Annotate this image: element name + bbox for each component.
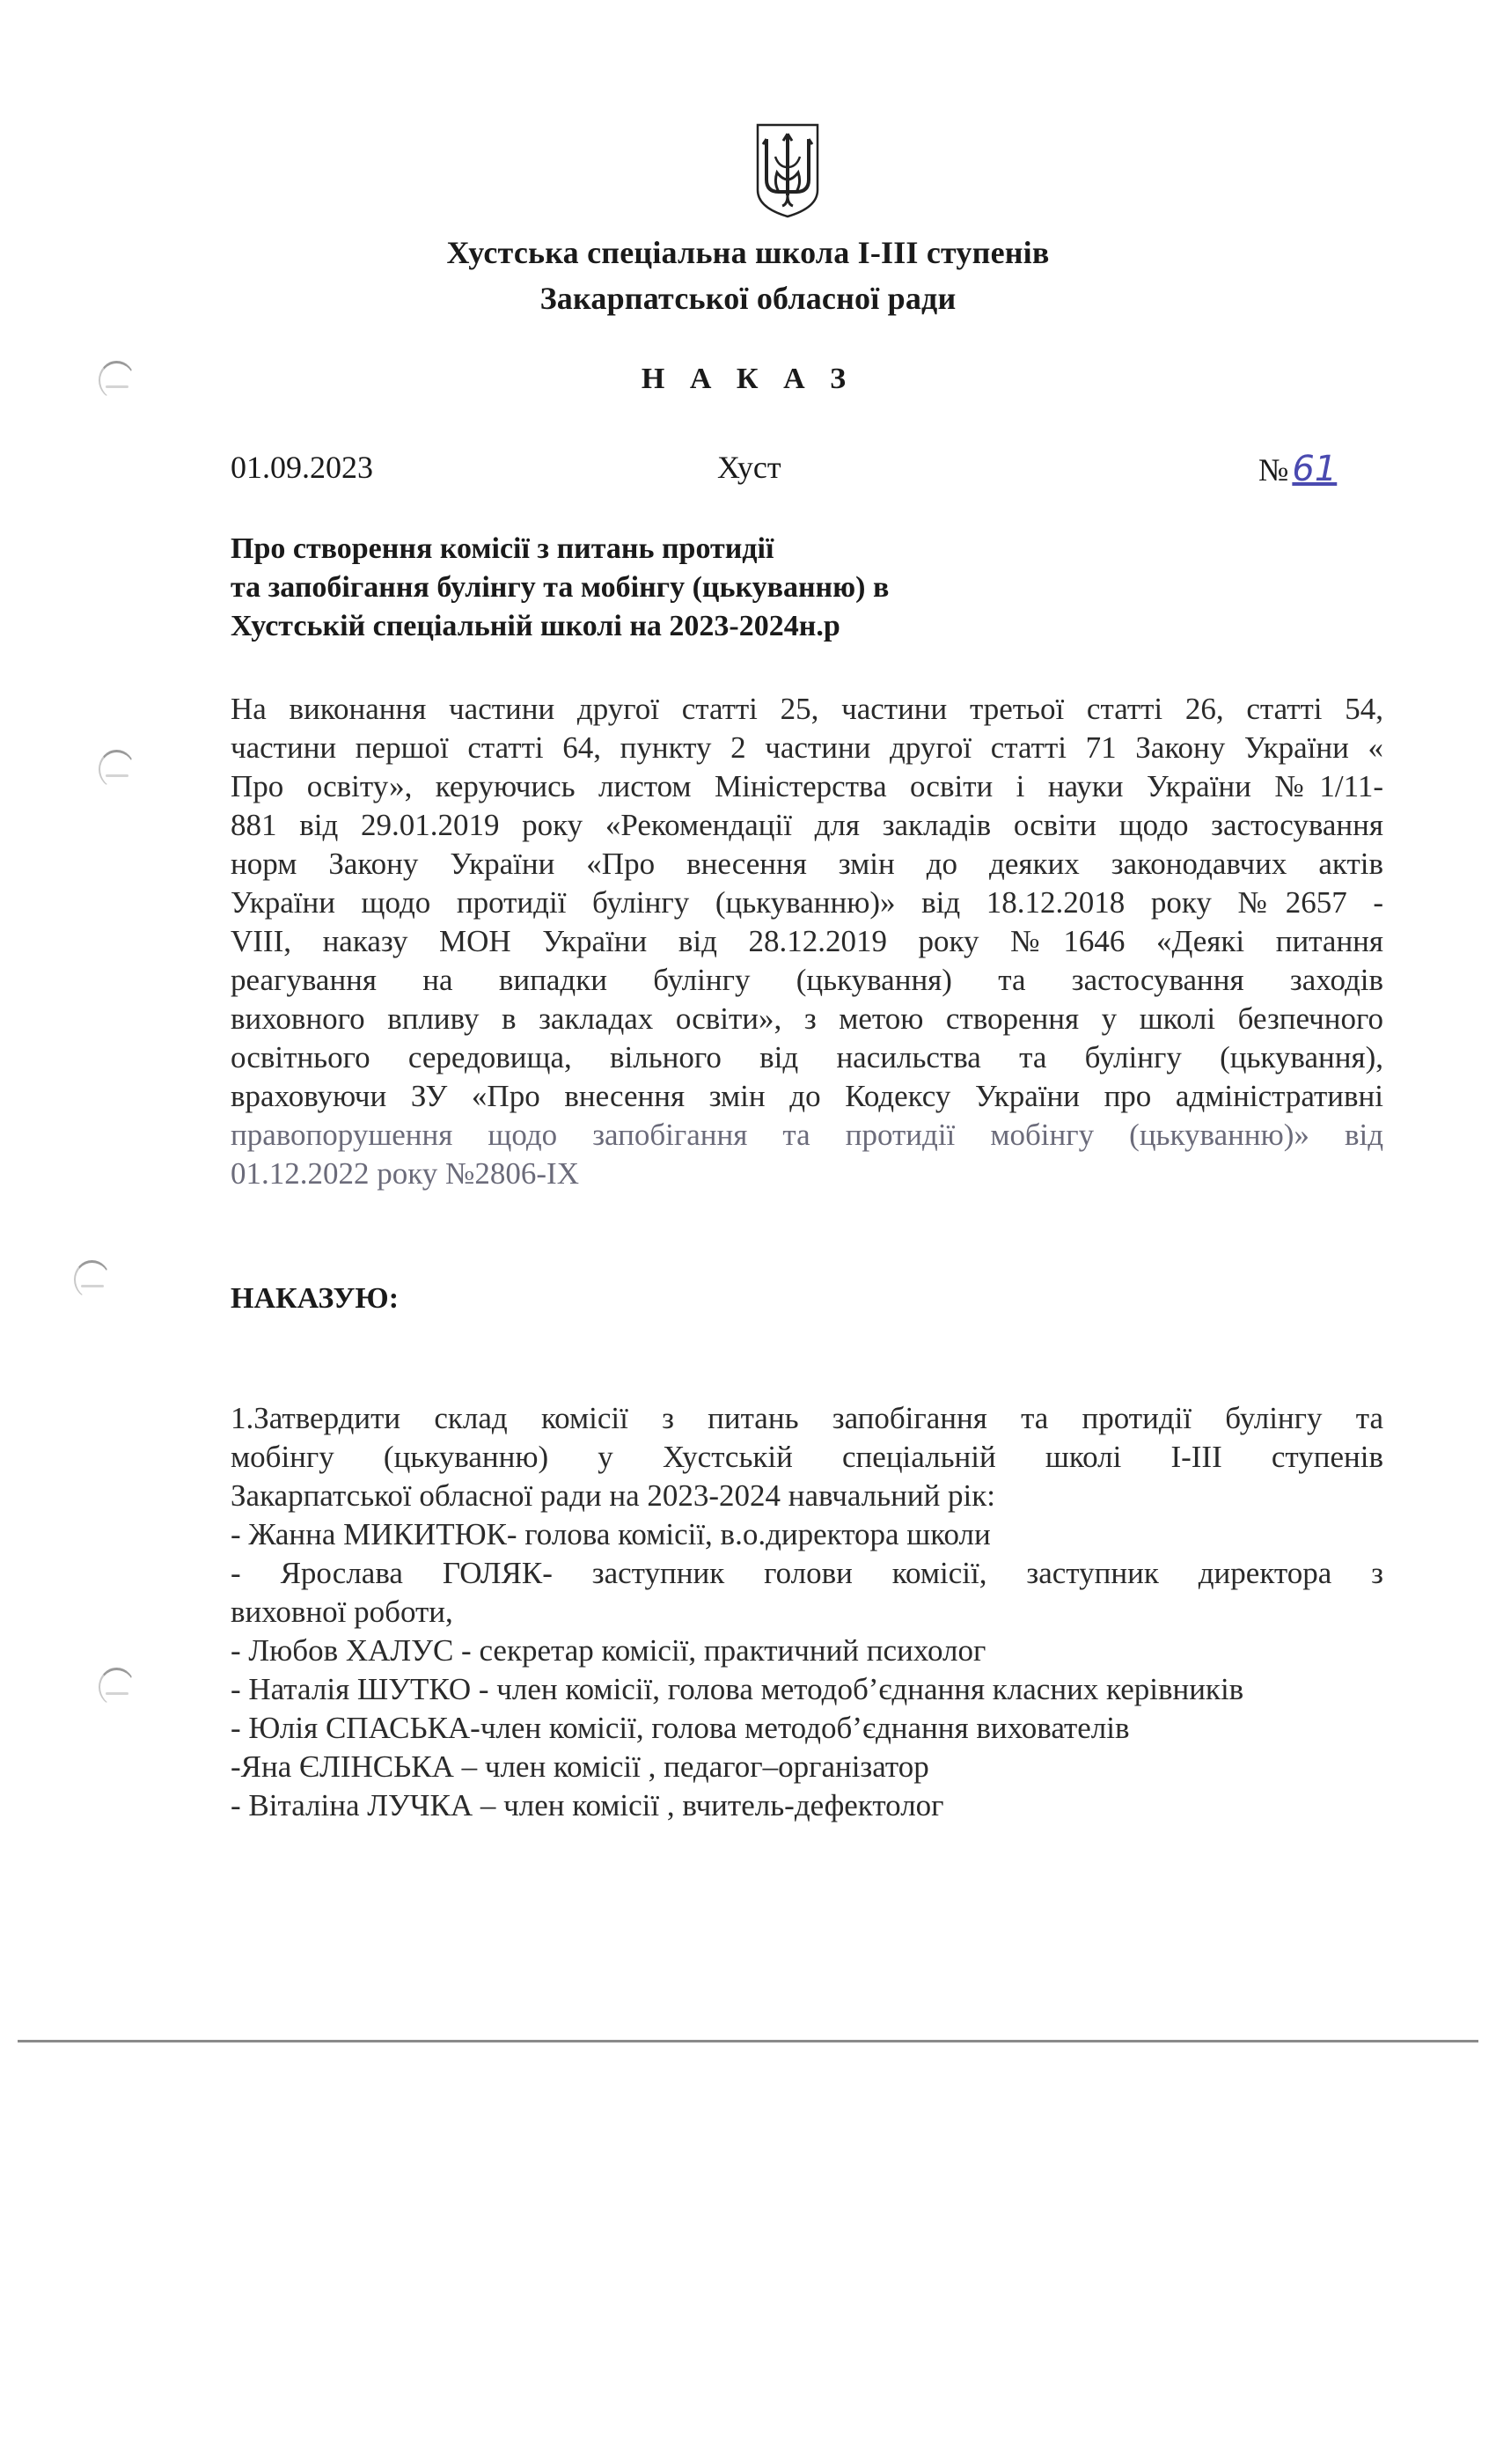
commission-member: - Ярослава ГОЛЯК- заступник голови коміс… <box>231 1554 1383 1593</box>
preamble-line: частини першої статті 64, пункту 2 части… <box>231 729 1383 767</box>
subject-line: та запобігання булінгу та мобінгу (цькув… <box>231 568 889 607</box>
preamble-line: 01.12.2022 року №2806-IX <box>231 1155 1383 1193</box>
preamble-line: враховуючи ЗУ «Про внесення змін до Коде… <box>231 1077 1383 1116</box>
order-date: 01.09.2023 <box>231 449 373 486</box>
punch-hole-mark <box>74 1260 107 1295</box>
preamble-line: Про освіту», керуючись листом Міністерст… <box>231 767 1383 806</box>
preamble-line: України щодо протидії булінгу (цькуванню… <box>231 884 1383 922</box>
order-city: Хуст <box>717 449 781 486</box>
punch-hole-mark <box>99 361 132 396</box>
preamble-line: На виконання частини другої статті 25, ч… <box>231 690 1383 729</box>
order-number: №61 <box>1258 449 1337 489</box>
order-items: 1.Затвердити склад комісії з питань запо… <box>231 1399 1383 1825</box>
preamble-line: VIII, наказу МОН України від 28.12.2019 … <box>231 922 1383 961</box>
organization-name: Хустська спеціальна школа І-ІІІ ступенів <box>0 234 1496 271</box>
commission-member: - Юлія СПАСЬКА-член комісії, голова мето… <box>231 1709 1383 1748</box>
item-line: Закарпатської обласної ради на 2023-2024… <box>231 1477 1383 1515</box>
commission-member: -Яна ЄЛІНСЬКА – член комісії , педагог–о… <box>231 1748 1383 1786</box>
preamble-line: 881 від 29.01.2019 року «Рекомендації дл… <box>231 806 1383 845</box>
order-heading: НАКАЗУЮ: <box>231 1282 399 1316</box>
organization-subtitle: Закарпатської обласної ради <box>0 280 1496 317</box>
item-line: 1.Затвердити склад комісії з питань запо… <box>231 1399 1383 1438</box>
preamble-line: норм Закону України «Про внесення змін д… <box>231 845 1383 884</box>
trident-icon <box>752 121 823 220</box>
number-prefix: № <box>1258 452 1288 488</box>
item-line: мобінгу (цькуванню) у Хустській спеціаль… <box>231 1438 1383 1477</box>
subject-line: Хустській спеціальній школі на 2023-2024… <box>231 607 889 646</box>
scanned-document-page: Хустська спеціальна школа І-ІІІ ступенів… <box>0 0 1496 2464</box>
commission-member: - Віталіна ЛУЧКА – член комісії , вчител… <box>231 1786 1383 1825</box>
handwritten-number: 61 <box>1292 449 1337 489</box>
commission-member: - Наталія ШУТКО - член комісії, голова м… <box>231 1670 1383 1709</box>
document-type-title: Н А К А З <box>0 363 1496 396</box>
commission-member: - Жанна МИКИТЮК- голова комісії, в.о.дир… <box>231 1515 1383 1554</box>
preamble-line: освітнього середовища, вільного від наси… <box>231 1038 1383 1077</box>
preamble-paragraph: На виконання частини другої статті 25, ч… <box>231 690 1383 1193</box>
subject-line: Про створення комісії з питань протидії <box>231 530 889 568</box>
punch-hole-mark <box>99 750 132 785</box>
preamble-line: правопорушення щодо запобігання та проти… <box>231 1116 1383 1155</box>
preamble-line: виховного впливу в закладах освіти», з м… <box>231 1000 1383 1038</box>
preamble-line: реагування на випадки булінгу (цькування… <box>231 961 1383 1000</box>
punch-hole-mark <box>99 1668 132 1703</box>
order-subject: Про створення комісії з питань протидії … <box>231 530 889 646</box>
commission-member: виховної роботи, <box>231 1593 1383 1632</box>
page-bottom-edge <box>18 2040 1478 2042</box>
commission-member: - Любов ХАЛУС - секретар комісії, практи… <box>231 1632 1383 1670</box>
